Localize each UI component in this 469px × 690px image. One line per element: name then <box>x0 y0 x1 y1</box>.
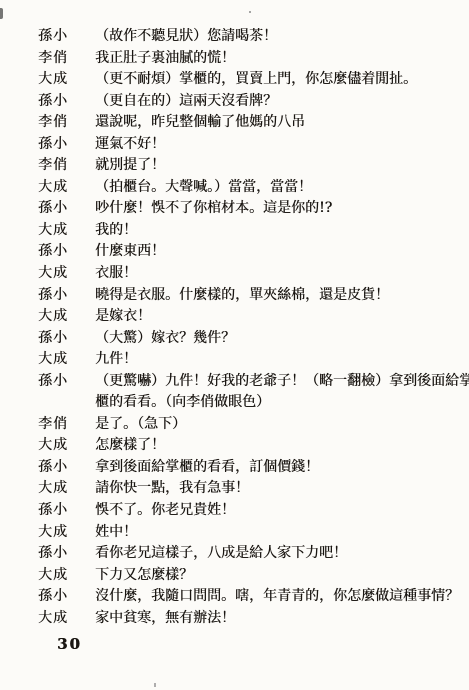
dialogue-text: 悞不了。你老兄貴姓！ <box>95 500 469 522</box>
scan-artifact-tick <box>154 683 156 687</box>
dialogue-line: 大成 （拍櫃台。大聲喊。）當當，當當！ <box>38 177 458 199</box>
speaker-name: 大成 <box>38 306 95 328</box>
dialogue-text: （更自在的）這兩天沒看牌？ <box>95 91 469 113</box>
speaker-name: 孫小 <box>38 26 95 48</box>
speaker-name: 大成 <box>38 435 95 457</box>
speaker-name: 大成 <box>38 177 95 199</box>
dialogue-line: 孫小 吵什麼！悞不了你棺材本。這是你的!? <box>38 198 458 220</box>
scanned-script-page: 孫小 （故作不聽見狀）您請喝茶！ 李俏 我正肚子裏油膩的慌！ 大成 （更不耐煩）… <box>0 0 469 690</box>
speaker-name: 大成 <box>38 69 95 91</box>
dialogue-line: 大成 我的！ <box>38 220 458 242</box>
dialogue-line: 孫小 拿到後面給掌櫃的看看，訂個價錢！ <box>38 457 458 479</box>
speaker-name: 孫小 <box>38 500 95 522</box>
dialogue-line: 李俏 就別提了！ <box>38 155 458 177</box>
dialogue-line: 大成 是嫁衣！ <box>38 306 458 328</box>
dialogue-line: 大成 請你快一點，我有急事！ <box>38 478 458 500</box>
dialogue-text: （拍櫃台。大聲喊。）當當，當當！ <box>95 177 469 199</box>
dialogue-line: 孫小 （故作不聽見狀）您請喝茶！ <box>38 26 458 48</box>
dialogue-text: 就別提了！ <box>95 155 469 177</box>
speaker-name: 孫小 <box>38 91 95 113</box>
dialogue-text: （更驚嚇）九件！好我的老爺子！（略一翻檢）拿到後面給掌櫃的看看。（向李俏做眼色） <box>95 371 469 414</box>
dialogue-line: 孫小 運氣不好！ <box>38 134 458 156</box>
dialogue-text: 看你老兄這樣子，八成是給人家下力吧！ <box>95 543 469 565</box>
speaker-name: 李俏 <box>38 48 95 70</box>
speaker-name: 大成 <box>38 565 95 587</box>
dialogue-line: 孫小 （更驚嚇）九件！好我的老爺子！（略一翻檢）拿到後面給掌櫃的看看。（向李俏做… <box>38 371 458 414</box>
dialogue-text: 請你快一點，我有急事！ <box>95 478 469 500</box>
speaker-name: 大成 <box>38 608 95 630</box>
dialogue-text: 是了。（急下） <box>95 414 469 436</box>
dialogue-text: 衣服！ <box>95 263 469 285</box>
dialogue-text: 我正肚子裏油膩的慌！ <box>95 48 469 70</box>
dialogue-line: 孫小 （大驚）嫁衣？幾件？ <box>38 328 458 350</box>
dialogue-line: 大成 衣服！ <box>38 263 458 285</box>
speaker-name: 孫小 <box>38 241 95 263</box>
dialogue-line: 大成 九件！ <box>38 349 458 371</box>
dialogue-line: 孫小 看你老兄這樣子，八成是給人家下力吧！ <box>38 543 458 565</box>
dialogue-line: 孫小 （更自在的）這兩天沒看牌？ <box>38 91 458 113</box>
speaker-name: 大成 <box>38 522 95 544</box>
speaker-name: 孫小 <box>38 457 95 479</box>
dialogue-line: 孫小 什麼東西！ <box>38 241 458 263</box>
speaker-name: 孫小 <box>38 285 95 307</box>
dialogue-text: 姓中！ <box>95 522 469 544</box>
speaker-name: 孫小 <box>38 543 95 565</box>
dialogue-text: 我的！ <box>95 220 469 242</box>
dialogue-text: 是嫁衣！ <box>95 306 469 328</box>
dialogue-line: 孫小 曉得是衣服。什麼樣的，單夾絲棉，還是皮貨！ <box>38 285 458 307</box>
speaker-name: 李俏 <box>38 414 95 436</box>
dialogue-text: 還說呢，昨兒整個輸了他媽的八吊 <box>95 112 469 134</box>
dialogue-text: （更不耐煩）掌櫃的，買賣上門，你怎麼儘着閒扯。 <box>95 69 469 91</box>
speaker-name: 大成 <box>38 263 95 285</box>
speaker-name: 孫小 <box>38 328 95 350</box>
dialogue-text: 沒什麼，我隨口問問。嗐，年青青的，你怎麼做這種事情？ <box>95 586 469 608</box>
dialogue-text: （大驚）嫁衣？幾件？ <box>95 328 469 350</box>
dialogue-line: 李俏 還說呢，昨兒整個輸了他媽的八吊 <box>38 112 458 134</box>
speaker-name: 李俏 <box>38 112 95 134</box>
speaker-name: 大成 <box>38 478 95 500</box>
dialogue-text: 下力又怎麼樣？ <box>95 565 469 587</box>
dialogue-text: 拿到後面給掌櫃的看看，訂個價錢！ <box>95 457 469 479</box>
dialogue-line: 孫小 沒什麼，我隨口問問。嗐，年青青的，你怎麼做這種事情？ <box>38 586 458 608</box>
page-number: 30 <box>57 635 82 653</box>
dialogue-line: 大成 （更不耐煩）掌櫃的，買賣上門，你怎麼儘着閒扯。 <box>38 69 458 91</box>
dialogue-line: 李俏 是了。（急下） <box>38 414 458 436</box>
dialogue-text: 家中貧寒，無有辦法！ <box>95 608 469 630</box>
dialogue-line: 大成 姓中！ <box>38 522 458 544</box>
dialogue-line: 孫小 悞不了。你老兄貴姓！ <box>38 500 458 522</box>
scan-artifact-dot <box>249 11 251 13</box>
dialogue-text: 九件！ <box>95 349 469 371</box>
dialogue-list: 孫小 （故作不聽見狀）您請喝茶！ 李俏 我正肚子裏油膩的慌！ 大成 （更不耐煩）… <box>38 26 458 629</box>
scan-artifact-left-edge <box>0 8 3 19</box>
speaker-name: 孫小 <box>38 371 95 393</box>
dialogue-line: 李俏 我正肚子裏油膩的慌！ <box>38 48 458 70</box>
speaker-name: 大成 <box>38 349 95 371</box>
dialogue-text: 怎麼樣了！ <box>95 435 469 457</box>
speaker-name: 李俏 <box>38 155 95 177</box>
dialogue-text: （故作不聽見狀）您請喝茶！ <box>95 26 469 48</box>
dialogue-line: 大成 家中貧寒，無有辦法！ <box>38 608 458 630</box>
speaker-name: 孫小 <box>38 134 95 156</box>
speaker-name: 孫小 <box>38 198 95 220</box>
speaker-name: 孫小 <box>38 586 95 608</box>
dialogue-text: 曉得是衣服。什麼樣的，單夾絲棉，還是皮貨！ <box>95 285 469 307</box>
dialogue-text: 吵什麼！悞不了你棺材本。這是你的!? <box>95 198 469 220</box>
dialogue-text: 運氣不好！ <box>95 134 469 156</box>
speaker-name: 大成 <box>38 220 95 242</box>
dialogue-line: 大成 怎麼樣了！ <box>38 435 458 457</box>
dialogue-line: 大成 下力又怎麼樣？ <box>38 565 458 587</box>
dialogue-text: 什麼東西！ <box>95 241 469 263</box>
